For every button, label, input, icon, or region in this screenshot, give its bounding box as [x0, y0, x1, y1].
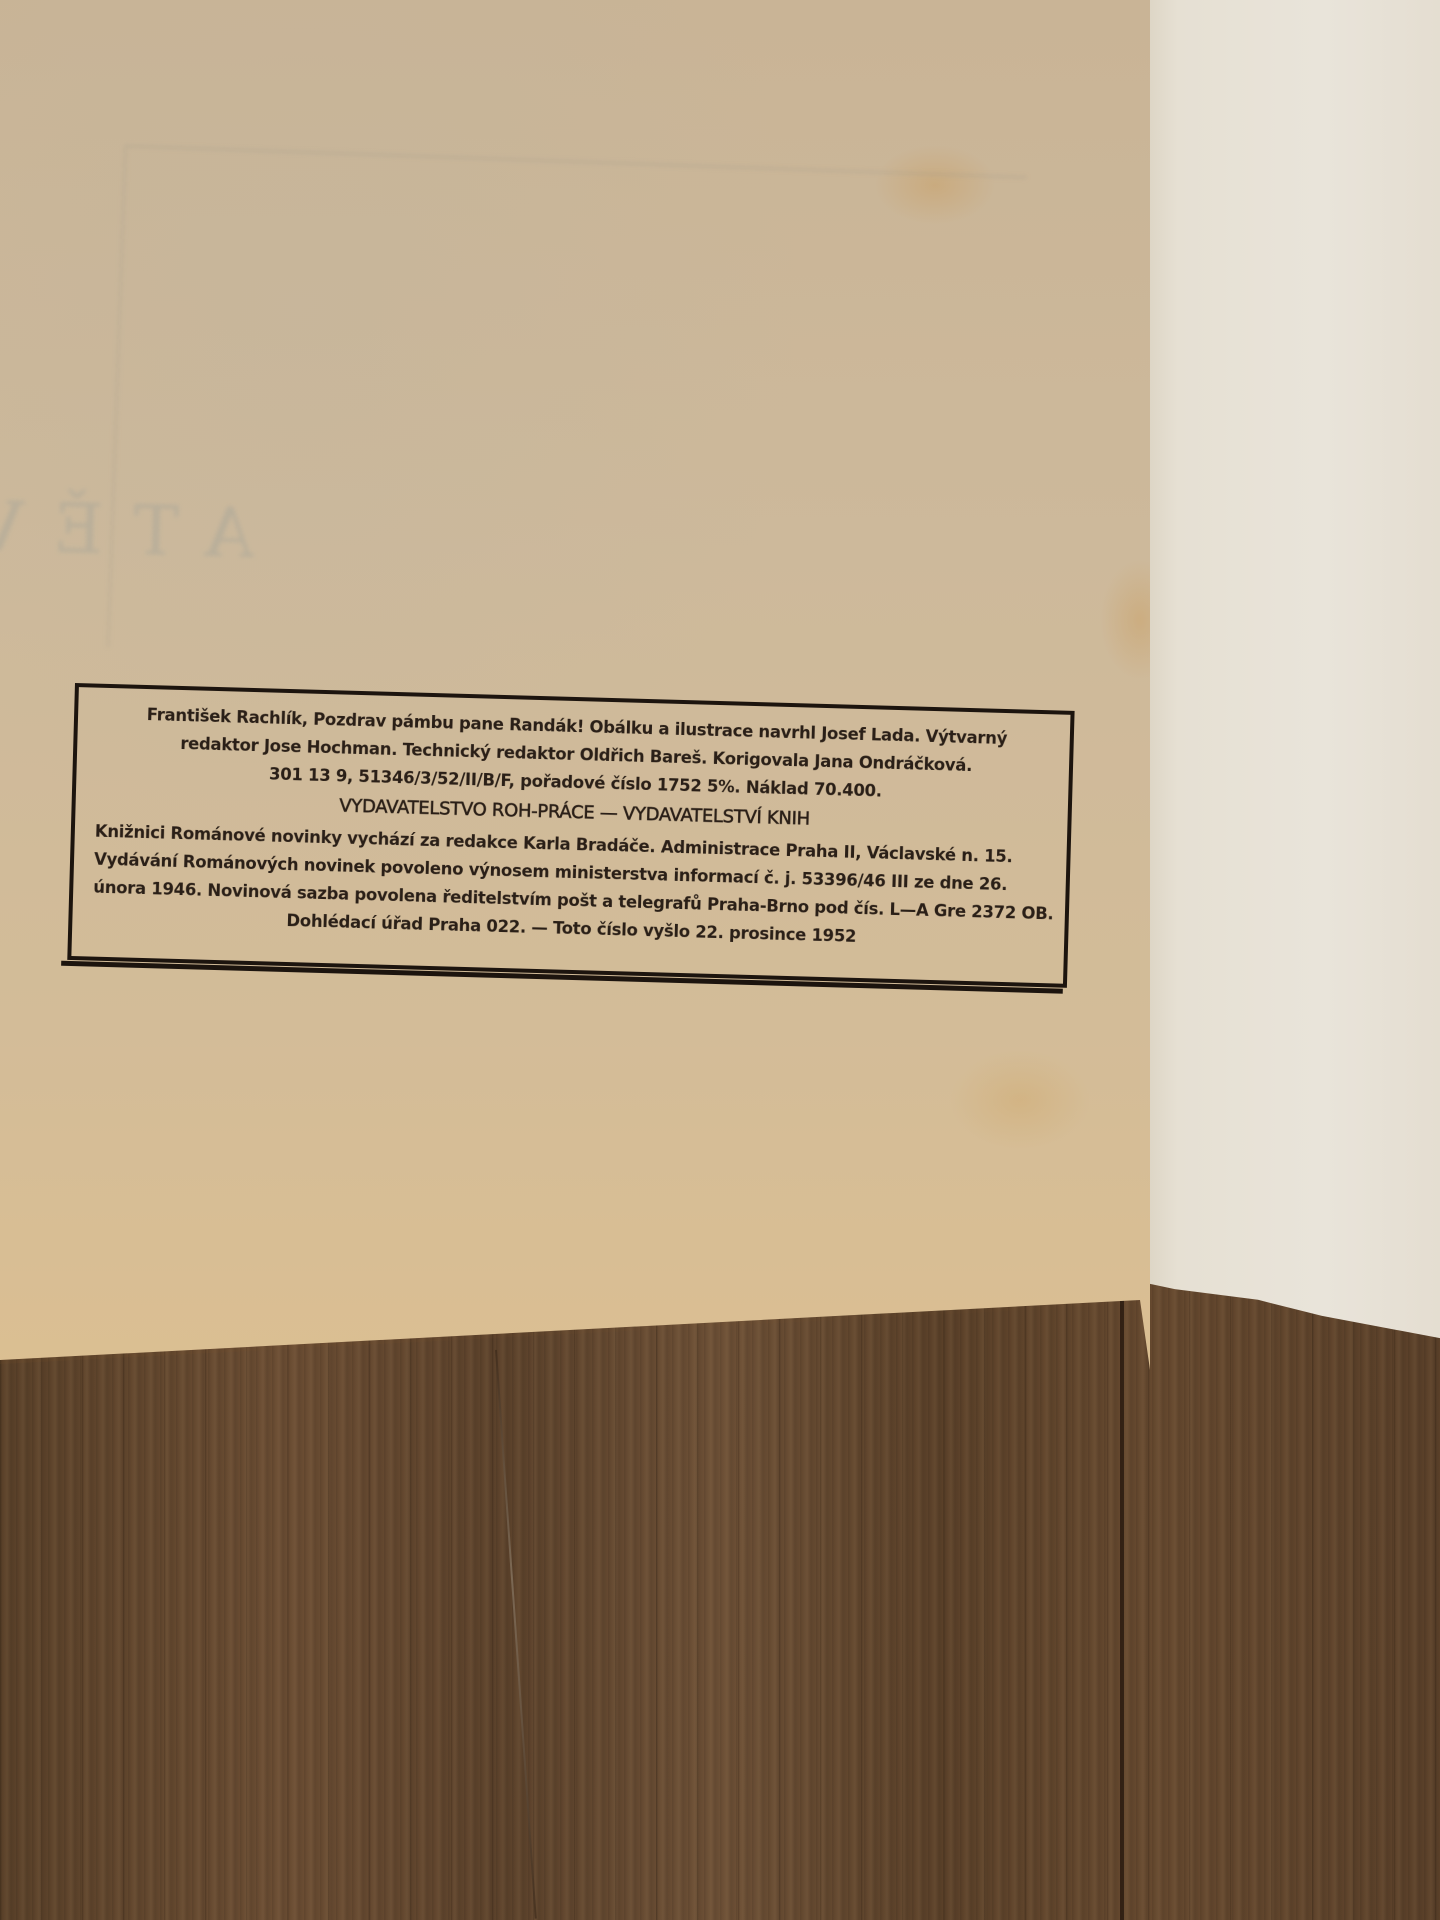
photo-scene: ATĚVS ICN František Rachlík, Pozdrav pám… — [0, 0, 1440, 1920]
floor-plank-seam — [1120, 1290, 1124, 1920]
right-book-page — [1130, 0, 1440, 1340]
show-through-frame — [106, 144, 1026, 678]
publication-imprint-box: František Rachlík, Pozdrav pámbu pane Ra… — [67, 683, 1074, 988]
